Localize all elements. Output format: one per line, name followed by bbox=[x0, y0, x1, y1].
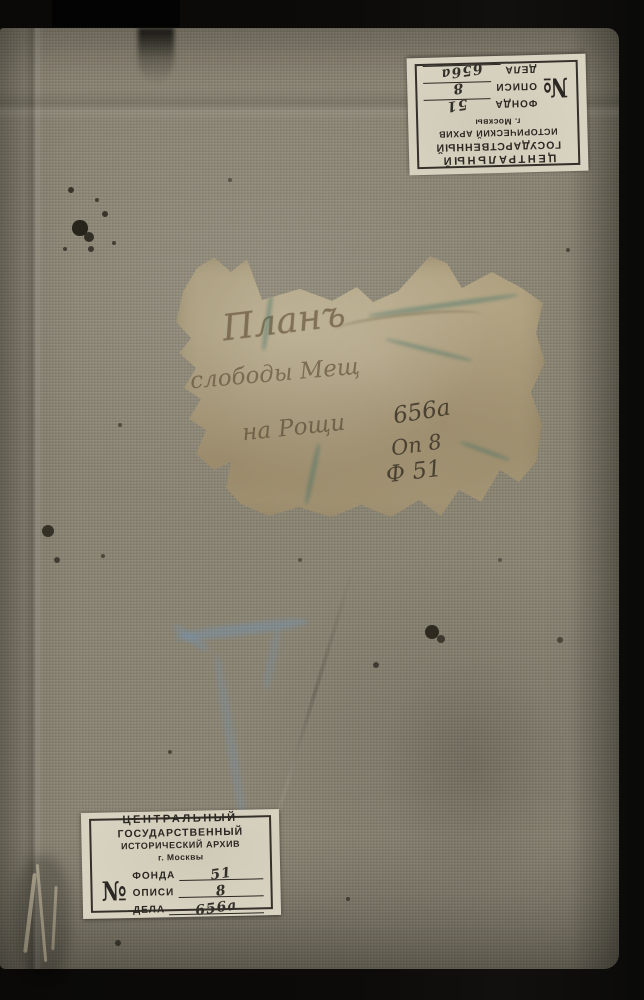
stamp-fields: № ФОНДА 51 ОПИСИ 8 ДЕЛА 656а bbox=[99, 864, 264, 916]
spine-hinge-fold bbox=[24, 28, 44, 969]
ink-specks bbox=[0, 28, 6, 34]
stamp-row-fonda: ФОНДА 51 bbox=[424, 96, 538, 114]
field-label: ОПИСИ bbox=[495, 79, 537, 91]
handwritten-title: Планъ bbox=[220, 294, 348, 350]
archive-city-line: г. Москвы bbox=[475, 116, 521, 127]
numero-sign: № bbox=[543, 71, 569, 103]
archive-name-line: ГОСУДАРСТВЕННЫЙ bbox=[435, 137, 561, 153]
stamp-fields: № ФОНДА 51 ОПИСИ 8 ДЕЛА 656а bbox=[423, 62, 570, 115]
blue-pencil-mark bbox=[213, 654, 249, 825]
handwritten-value: 656а bbox=[439, 59, 483, 81]
book-cover: Планъ слободы Мещ на Рощи 656а Оп 8 Ф 51… bbox=[0, 28, 619, 969]
blue-pencil-mark bbox=[262, 628, 283, 690]
torn-paper-label: Планъ слободы Мещ на Рощи 656а Оп 8 Ф 51 bbox=[172, 253, 547, 525]
stamp-row-dela: ДЕЛА 656а bbox=[133, 898, 264, 916]
numero-sign: № bbox=[101, 876, 127, 908]
dark-smudge bbox=[138, 28, 174, 84]
archive-name-line: ЦЕНТРАЛЬНЫЙ bbox=[441, 151, 557, 167]
field-underline: 656а bbox=[423, 63, 501, 81]
handwritten-value: 8 bbox=[215, 882, 228, 899]
green-pencil-scribble bbox=[386, 337, 472, 362]
stamp-rows: ФОНДА 51 ОПИСИ 8 ДЕЛА 656а bbox=[132, 864, 264, 916]
field-label: ДЕЛА bbox=[133, 904, 165, 916]
field-label: ФОНДА bbox=[494, 96, 537, 108]
soft-stain bbox=[380, 658, 570, 888]
handwritten-ref-dela: 656а bbox=[391, 395, 452, 430]
field-underline: 8 bbox=[178, 880, 264, 898]
field-label: ОПИСИ bbox=[133, 887, 175, 899]
green-pencil-scribble bbox=[460, 440, 510, 462]
handwritten-ref-fond: Ф 51 bbox=[385, 456, 443, 489]
field-label: ФОНДА bbox=[132, 870, 175, 882]
stamp-frame: ЦЕНТРАЛЬНЫЙ ГОСУДАРСТВЕННЫЙ ИСТОРИЧЕСКИЙ… bbox=[89, 815, 273, 913]
stamp-row-dela: ДЕЛА 656а bbox=[423, 62, 537, 80]
field-underline: 51 bbox=[424, 98, 491, 116]
stamp-row-fonda: ФОНДА 51 bbox=[132, 864, 263, 882]
field-underline: 8 bbox=[424, 81, 492, 99]
handwritten-line-2: слободы Мещ bbox=[189, 354, 361, 395]
archive-name-line: ИСТОРИЧЕСКИЙ АРХИВ bbox=[121, 839, 240, 852]
stamp-row-opisi: ОПИСИ 8 bbox=[133, 881, 264, 899]
green-pencil-scribble bbox=[304, 443, 322, 505]
handwritten-line-3: на Рощи bbox=[241, 410, 346, 447]
archival-book-cover-photo: Планъ слободы Мещ на Рощи 656а Оп 8 Ф 51… bbox=[0, 0, 644, 1000]
stamp-frame: ЦЕНТРАЛЬНЫЙ ГОСУДАРСТВЕННЫЙ ИСТОРИЧЕСКИЙ… bbox=[415, 60, 581, 169]
archive-name-line: ЦЕНТРАЛЬНЫЙ bbox=[122, 812, 238, 827]
handwritten-value: 656а bbox=[195, 897, 239, 919]
field-underline: 656а bbox=[169, 897, 264, 915]
backdrop-dark-tab bbox=[52, 0, 180, 27]
stamp-rows: ФОНДА 51 ОПИСИ 8 ДЕЛА 656а bbox=[423, 62, 538, 114]
handwritten-value: 8 bbox=[451, 79, 464, 96]
field-label: ДЕЛА bbox=[504, 62, 536, 74]
archive-stamp-label-bottom: ЦЕНТРАЛЬНЫЙ ГОСУДАРСТВЕННЫЙ ИСТОРИЧЕСКИЙ… bbox=[81, 809, 281, 919]
handwritten-value: 51 bbox=[445, 95, 469, 114]
stamp-row-opisi: ОПИСИ 8 bbox=[424, 79, 538, 97]
handwritten-value: 51 bbox=[210, 865, 234, 884]
archive-city-line: г. Москвы bbox=[158, 851, 204, 862]
archive-stamp-label-top: ЦЕНТРАЛЬНЫЙ ГОСУДАРСТВЕННЫЙ ИСТОРИЧЕСКИЙ… bbox=[406, 54, 588, 176]
field-underline: 51 bbox=[179, 863, 263, 881]
